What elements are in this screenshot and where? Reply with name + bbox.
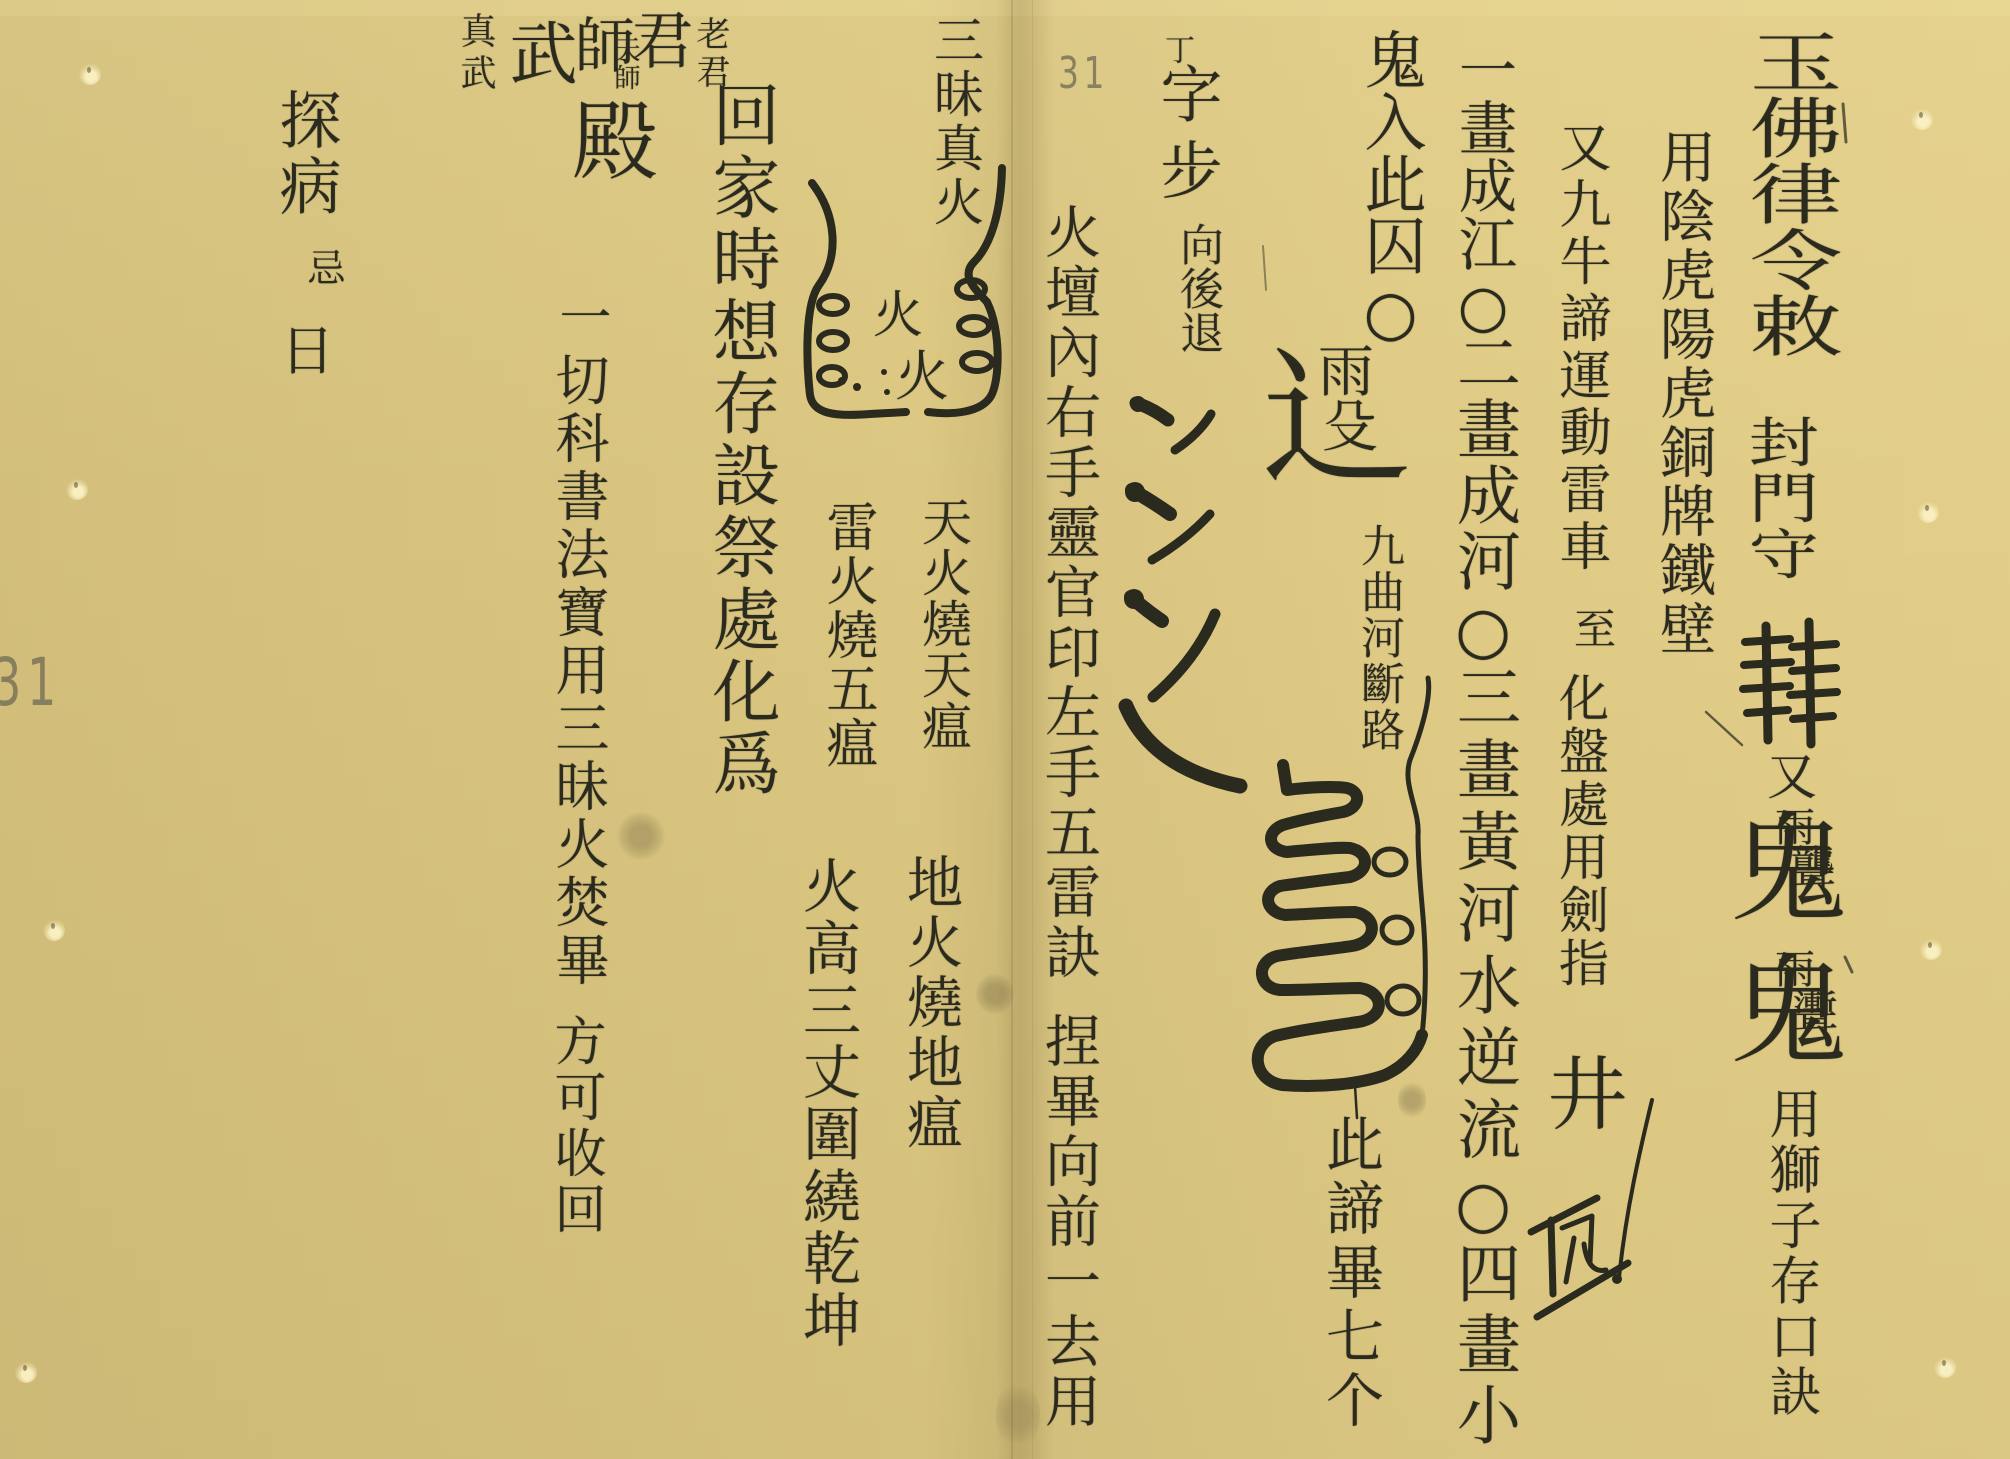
ink-stain [1398, 1080, 1426, 1120]
ink-stain [616, 812, 666, 860]
footprint-strokes-icon [1124, 396, 1240, 786]
paper-hole [1934, 1356, 1956, 1378]
again-character: 又 [1763, 750, 1813, 800]
page-number: 31 [1058, 52, 1109, 96]
well-character: 井 [1540, 1052, 1620, 1132]
samadhi-fire-label: 三昧真火 [930, 14, 980, 230]
paper-hole [1920, 938, 1942, 960]
tiger-wall-column: 用陰虎陽虎銅牌鐵壁 [1655, 128, 1711, 659]
nine-oxen-part1: 又九牛諦運動雷車 [1554, 120, 1606, 576]
stroke-river-seg4: 四畫小 [1451, 1240, 1515, 1453]
paper-hole [43, 919, 65, 941]
ink-stain [996, 1380, 1040, 1450]
stroke-river-seg2: 二畫成河○ [1451, 330, 1515, 670]
fire-height-column: 火高三丈圍繞乾坤 [798, 856, 856, 1352]
nine-oxen-part2: 至 [1571, 607, 1613, 649]
altar-column-part2: 捏畢向前一去用 [1040, 1012, 1096, 1432]
paper-hole [15, 1361, 37, 1383]
talisman-fire-glyph: 火 [895, 350, 949, 404]
ghost-prison-column: 鬼入此囚○ [1359, 28, 1421, 349]
step-back-text: 向後退 [1175, 222, 1219, 354]
ink-stain [976, 972, 1014, 1016]
talisman-component: 雨 [1775, 950, 1815, 990]
talisman-component: 聾 [1790, 845, 1836, 891]
seal-door-text: 封門守 [1743, 414, 1813, 582]
talisman-component: 聻 [1792, 990, 1838, 1036]
heaven-fire-column: 天火燒天瘟 [918, 496, 968, 751]
closing-column: 此諦畢七个 [1321, 1114, 1379, 1434]
dian-character: 殿 [564, 96, 650, 182]
zhenwu-annotation: 真武 [457, 12, 493, 96]
all-texts-end: 方可收回 [549, 1014, 601, 1238]
earth-fire-column: 地火燒地瘟 [902, 853, 958, 1153]
step-small-character: 丁 [1161, 34, 1191, 64]
decree-heading: 玉佛律令敕 [1741, 28, 1833, 358]
altar-column-part1: 火壇內右手靈官印左手五雷訣 [1040, 203, 1096, 983]
nine-bends-label: 九曲河斷路 [1356, 523, 1400, 753]
sick-visit-text: 探病 [274, 88, 336, 220]
bracket-talisman-icon [1531, 1100, 1652, 1317]
paper-hole [79, 63, 101, 85]
talisman-component: 雨 [1318, 345, 1374, 401]
avoid-character: 忌 [304, 248, 342, 286]
step-main-text: 字步 [1155, 62, 1217, 214]
paper-hole [66, 478, 88, 500]
double-well-glyph-icon [1743, 622, 1837, 744]
wu-character: 武 [503, 18, 571, 86]
talisman-fire-glyph: 火 [873, 290, 923, 340]
margin-page-number: 31 [0, 650, 62, 716]
jun-character: 君 [626, 8, 688, 70]
talisman-component: 殳 [1322, 400, 1378, 456]
return-home-column: 回家時想存設祭處化爲 [706, 80, 774, 800]
all-texts-first: 一 [554, 290, 606, 342]
stroke-river-seg3: 三畫黃河水逆流○ [1451, 664, 1515, 1250]
lion-mantra-text: 用獅子存口訣 [1764, 1087, 1816, 1420]
all-texts-middle: 切科書法寶用三昧火焚畢 [551, 352, 605, 990]
manuscript-page: 31 探病 忌 日 真武 武 師 天師 君 老君 殿 回家時想存設祭處化爲 一 … [0, 0, 2010, 1459]
paper-hole [1911, 108, 1933, 130]
paper-hole [1917, 501, 1939, 523]
nine-oxen-part3: 化盤處用劍指 [1555, 672, 1605, 990]
day-character: 日 [276, 322, 330, 376]
thunder-fire-column: 雷火燒五瘟 [821, 500, 873, 770]
stroke-river-seg1: 一畫成江○ [1454, 40, 1512, 340]
